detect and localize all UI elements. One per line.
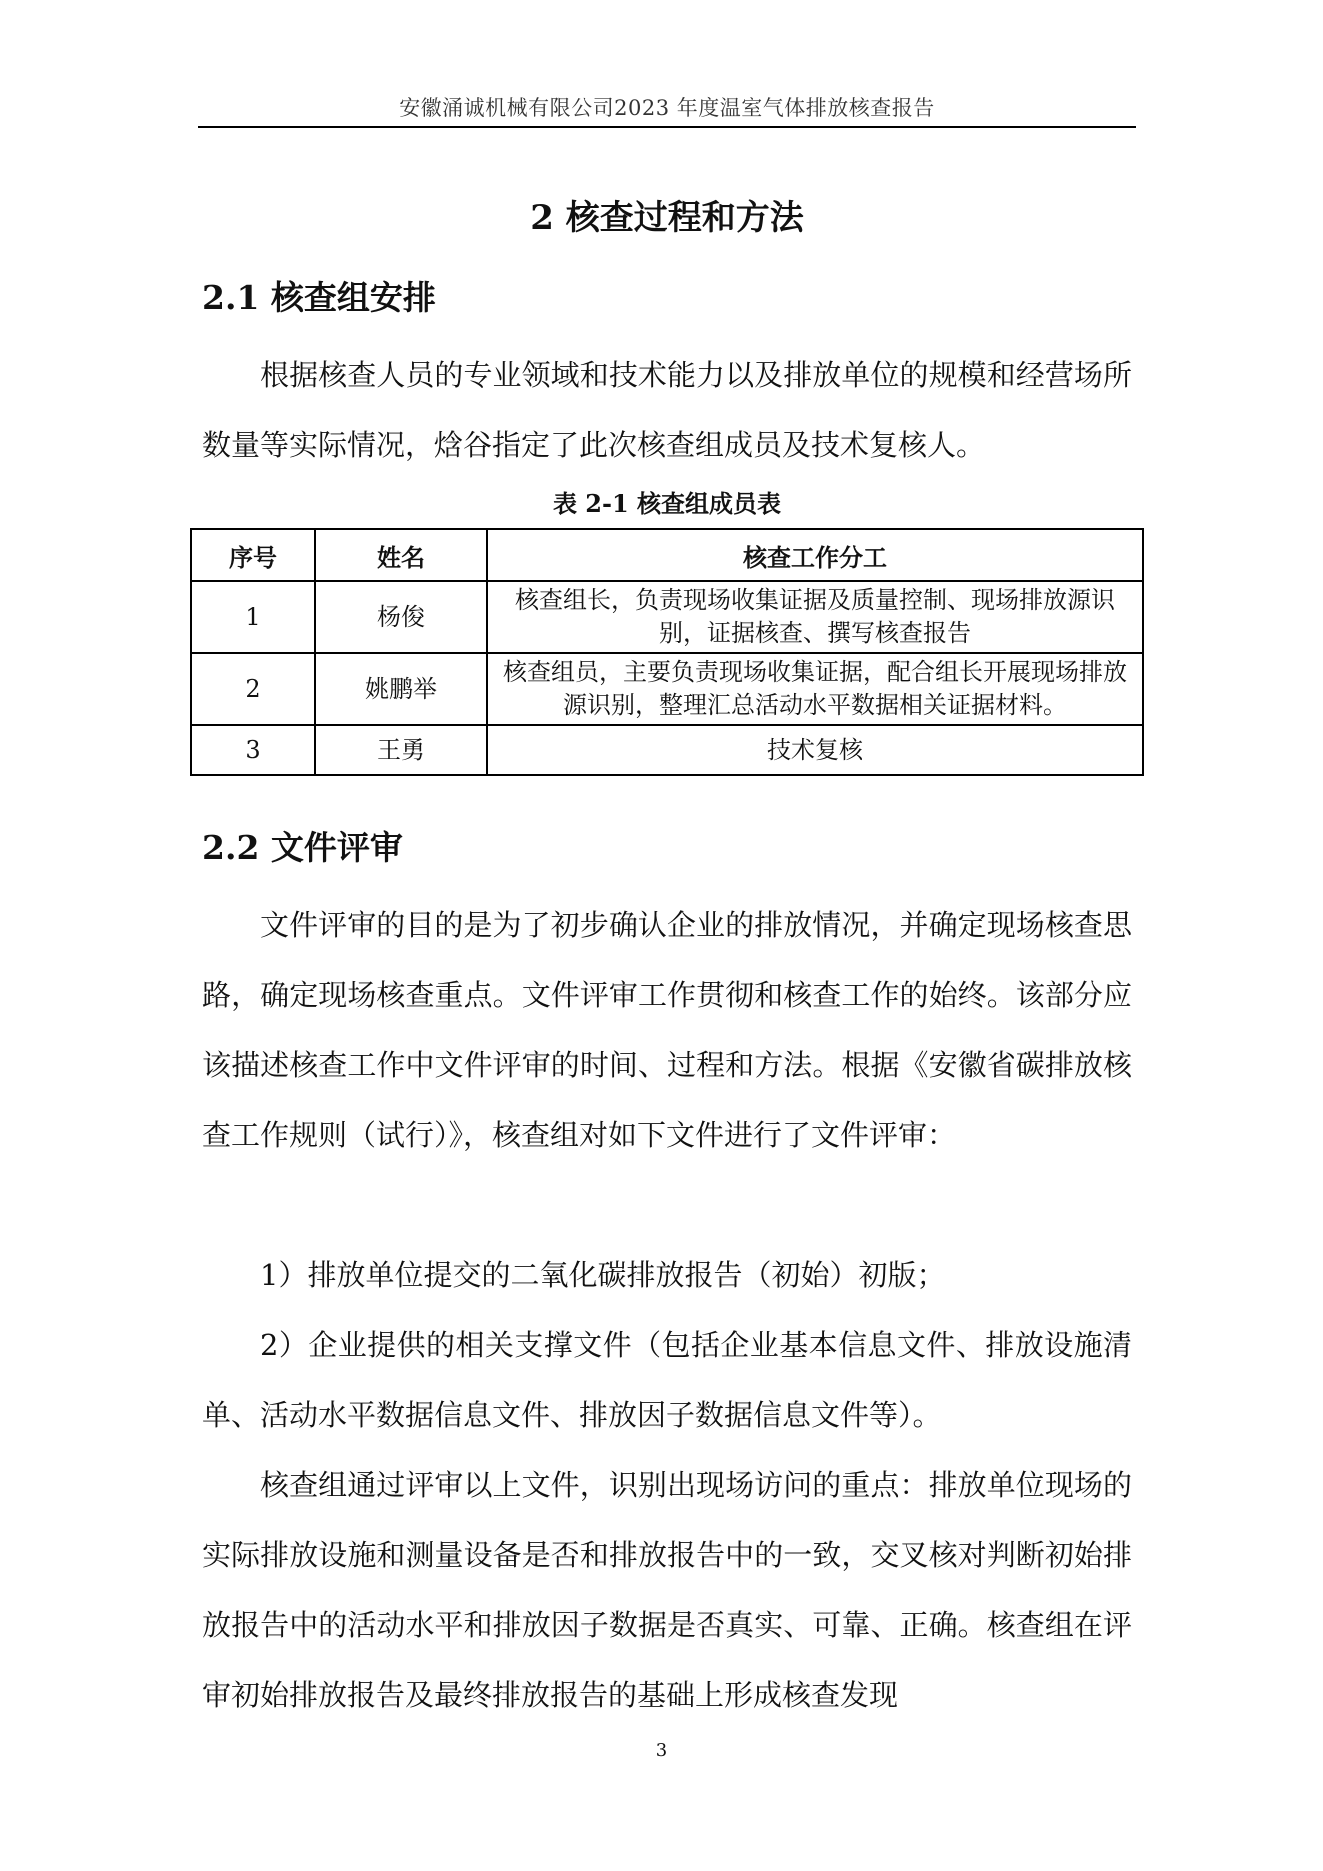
cell-duty: 核查组长，负责现场收集证据及质量控制、现场排放源识别，证据核查、撰写核查报告: [487, 581, 1143, 653]
section-title-2-2: 2.2 文件评审: [202, 822, 403, 869]
cell-duty: 技术复核: [487, 725, 1143, 775]
table-row: 3 王勇 技术复核: [191, 725, 1143, 775]
column-header-index: 序号: [191, 529, 315, 581]
section-2-2-paragraph-intro: 文件评审的目的是为了初步确认企业的排放情况，并确定现场核查思路，确定现场核查重点…: [202, 890, 1132, 1170]
table-row: 1 杨俊 核查组长，负责现场收集证据及质量控制、现场排放源识别，证据核查、撰写核…: [191, 581, 1143, 653]
cell-index: 2: [191, 653, 315, 725]
cell-name: 杨俊: [315, 581, 487, 653]
cell-duty: 核查组员，主要负责现场收集证据，配合组长开展现场排放源识别，整理汇总活动水平数据…: [487, 653, 1143, 725]
list-item-1: 1）排放单位提交的二氧化碳排放报告（初始）初版；: [202, 1240, 1132, 1310]
list-item-2: 2）企业提供的相关支撑文件（包括企业基本信息文件、排放设施清单、活动水平数据信息…: [202, 1310, 1132, 1450]
section-2-2-paragraph-focus: 核查组通过评审以上文件，识别出现场访问的重点：排放单位现场的实际排放设施和测量设…: [202, 1450, 1132, 1730]
column-header-name: 姓名: [315, 529, 487, 581]
section-2-1-paragraph: 根据核查人员的专业领域和技术能力以及排放单位的规模和经营场所数量等实际情况，焓谷…: [202, 340, 1132, 480]
table-row: 2 姚鹏举 核查组员，主要负责现场收集证据，配合组长开展现场排放源识别，整理汇总…: [191, 653, 1143, 725]
cell-index: 1: [191, 581, 315, 653]
table-header-row: 序号 姓名 核查工作分工: [191, 529, 1143, 581]
page-number: 3: [0, 1740, 1323, 1761]
running-header: 安徽涌诚机械有限公司2023 年度温室气体排放核查报告: [198, 92, 1136, 122]
header-divider: [198, 126, 1136, 128]
section-title-2-1: 2.1 核查组安排: [202, 272, 436, 319]
table-caption: 表 2-1 核查组成员表: [198, 484, 1136, 519]
chapter-title: 2 核查过程和方法: [198, 190, 1136, 239]
cell-name: 姚鹏举: [315, 653, 487, 725]
cell-name: 王勇: [315, 725, 487, 775]
column-header-duty: 核查工作分工: [487, 529, 1143, 581]
members-table: 序号 姓名 核查工作分工 1 杨俊 核查组长，负责现场收集证据及质量控制、现场排…: [190, 528, 1144, 776]
cell-index: 3: [191, 725, 315, 775]
